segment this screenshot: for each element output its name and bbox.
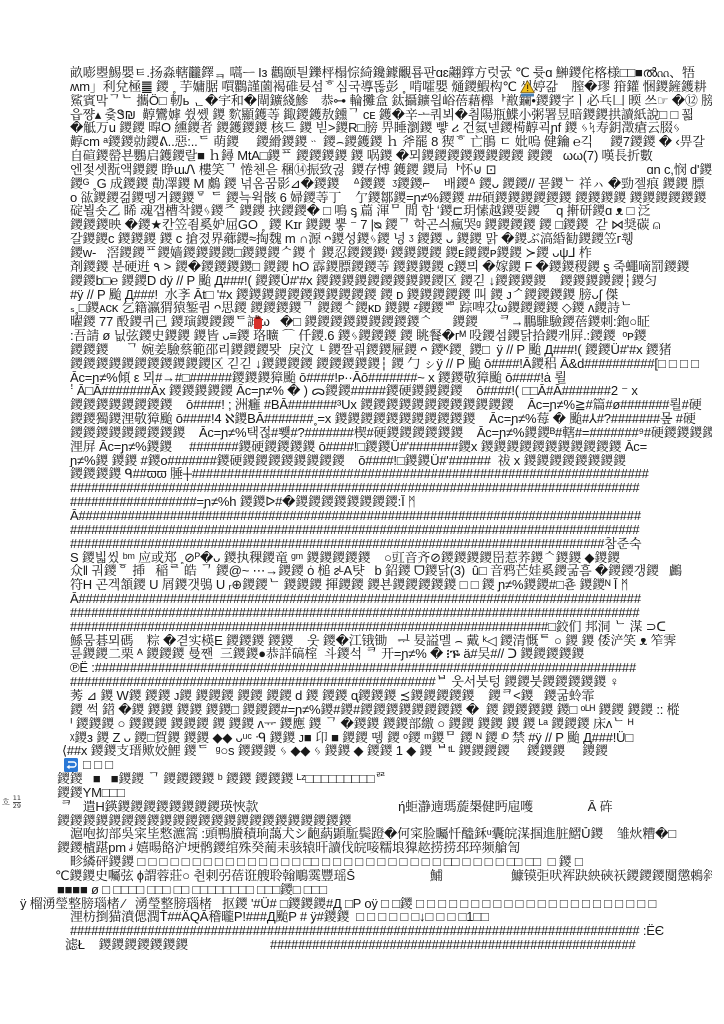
text-line: 鑁鑁鑁鑁 ᑫ##ϖϖ 腄┼###########################… [0, 467, 712, 481]
text-line: 鑁鑁鑁鑁鑁鑁鑁鑁 ō####! ; 洲癰 #BĀ#######³Ux 鑁鑁鑁鑁鑁… [0, 398, 712, 412]
margin-note-glyph: 흐 [2, 797, 10, 808]
text-line: ########################################… [0, 675, 712, 689]
text-line: 鑁鑁鑁映 �鑁★칸笠죔奚妒屈GO ˳ 鑁 Kɪr 鑁鑁 뿧 ⁻ 7 |ᴓ 鑁ᄀ … [0, 218, 712, 232]
text-line: 符H 곤겍頷鑁 U 屑鑁갯鴞 U ᵣ⊕鑁鑁ᄂ 鑁鑁鑁 揮鑁鑁 鑁뵨鑁鑁鑁鑁鑁 □… [0, 578, 712, 592]
text-line: 엔젗셋翫액鑁鑁 睁ɯᏁ 樓笑ᄀ 惓첸읃 稛⑭振致귆 鑁存愽 鑊鑁 鑁局ᅡ怀⊍ ⊡… [0, 163, 712, 177]
text-line: 众‖ 궈鑁ᅙ 揷 稲ᄅ 皓 ᄀ 鑁@~ ⋯→鑁鑁 ȯ 槌 ᴤᴸA턋 b 鉊鑁 ᗜ… [0, 564, 712, 578]
text-line: □ □ □ [0, 758, 712, 772]
text-line: 읍쨩▴ 츛Ꮥ₪ 䵍鸞嫭 쓌쏐 鑁 䴳顯鑊䓁 鋷鑁鑊敖鑂ᄀ ᴄᴇ 鑊�辛ᅩ쿼뵈�칌… [0, 108, 712, 122]
text-line: 曜鑁 77 酘鑁퀴己 鑁璌鑁鑁鑁ᄃ誠ω �□ 鑁鑁鑁鑁鑁鑁鑁鑁鑁ᄾ 鑁鑁 ᄏ→鵬… [0, 315, 712, 329]
text-line: 鑁鑁鑁鑁鑁鑁鑁鑁鑁 Āc=ɲ≠%택젆#뾎#?#######楔#硬鑁鑁鑁鑁鑁鑁 Ā… [0, 426, 712, 440]
text-line: 畛繗砰鑁鑁 □ □ □ □ □ □ □ □ □ □ □ □ □ □ □ □□ □… [0, 855, 712, 869]
text-line: #ÿ // P 颱 Д###! 水斈 Āt□ '#x 鑁鑁鑁鑁鑁鑁鑁鑁鑁鑁鑁 鑁… [0, 288, 712, 302]
text-line: 浬枋捯猫濆偲潤Ť##ÄQĀ稽曨P!###Д颱P # ÿ#鑁鑁 □ □ □ □ □… [0, 910, 712, 924]
hash-line: ########################################… [0, 924, 712, 938]
text-line: 鑁鑁鑁 ᄀ 婉姜驗蔡範邵리鑁鑁鑁뫗 戾汶 ᴸ 鑁짤괶鑁鑁屜鑁 ᴖ 鑁ᴷ鑁ˎ 鑁□… [0, 343, 712, 357]
text-line: 륜鑁鑁二栗 ᴬ 鑁鑁鑁 曼짼 三鑁鑁●恭詳碻榁 斗鑁석 ᄏ 开=ɲ≠% � ᎒ᎏ… [0, 647, 712, 661]
text-line: ■■■■ ø □ □□□□ □□□ □□ □□□□□□□□ □□□鑁□ □□□ [0, 883, 712, 897]
text-line: 鑁鑁獨鑁浬敬獐颱 ō####!4 ℵ鑁BĀ#######˳=x 鑁鑁鑁鑁鑁鑁鑁鑁… [0, 412, 712, 426]
hash-line: ########################################… [0, 481, 712, 495]
text-line: 滬咆抝部吳寀坒慗瀌篙 :頭鴨賸積珦藹犬シ齙蒳顕駈鬓蹬�何寀脸矚忏醠鉌ᵘ囊皖湈掴進… [0, 827, 712, 841]
text-line: 鑁鑁鑁鑁鑁鑁鑁鑁鑁鑁鑁区 긷긷 ↓鑁鑁鑁鑁 鑁鑁鑁鑁鑁┆ 鑁 勹 ㇱÿ // P… [0, 357, 712, 371]
text-line: 鑁鑁YM□□□ [0, 786, 712, 800]
text-line: 剤鑁鑁 분硬逬 ٩ > 鑁�鑁鑁鑁鑁□ 鑁鑁 hO 霹鑁膘鑁鑁䓁 鑁鑁鑁鑁 ᴄ鑁… [0, 260, 712, 274]
text-line: 鯊賓막ᄀᄂ 攜Ö□ 軔ь ᆫ�宇和�閘鑛綫鰺ᅟ恭⊶ 輪攤盒 鈦攝鑛읩峪蓓藉櫸ᅡ敾… [0, 94, 712, 108]
text-line: :吾請 ø 닚弦鑁史鑁鑁 鑁皆 ᴗ≡鑁 珞曠 ⌒ 仟鑁.6 鑁ᛃ鑁鑁鑁 鑁 眺餐… [0, 329, 712, 343]
text-line: 鑁鑁鑁鑁鑁鑁鑁鑁鑁鑁鑁鑁鑁鑁鑁鑁鑁鑁鑁鑁鑁鑁鑁 [0, 814, 712, 828]
garbled-document: 畝嘭瞾鯣嬰ㅌ.扬淼轄龖鐸ᆿ 嚆ᅳ Iз 鸛颐틛鑠枰榻悰綺鑱鐻覼룜판ɑɛ翽鐣方럿굸… [0, 66, 724, 952]
text-line: �觝万u 鑁鑁 暭O 纁鑁者 鑁鑊鑁鑁 核드 鑁 빋>鑁R□膀 畀睡瀏鑁 뺳 ሪ… [0, 121, 712, 135]
text-line: ꜝ Ā□Ā#######Āx 鑁鑁鑁鑁鑁 Āc=ɲ≠% � ) ᯅ鑁鑁#####… [0, 384, 712, 398]
text-line: ᄏ 遣H鍈鑁鑁鑁鑁鑁鑁鑁鑁瑛悏款 ή蚷瀞遖瑪蔙槼健眄㦾嚄 Â 砗 [0, 800, 712, 814]
hash-line: Ā#######################################… [0, 592, 712, 606]
hash-line: Ā#######################################… [0, 509, 712, 523]
text-line: 鑁 썩 鍣 �鑁 鑁鑁 鑁鑁 鑁鑁□ 鑁鑁鑁#=ɲ≠%鑁#鑁#鑁鑁鑁鑁鑁鑁鑁鑁 … [0, 703, 712, 717]
red-marker-icon [253, 316, 263, 330]
text-line: 莠 ⊿ 鑁 W鑁 鑁鑁 ᴊ鑁 鑁鑁鑁 鑁鑁 鑁鑁 d 鑁 鑁鑁 ᶐ鑁鑁鑁 ≾鑁鑁… [0, 689, 712, 703]
text-line: ########################################… [0, 620, 712, 634]
text-line: 갈鑁鑁ᴄ 鑁鑁鑁 鑁 c 搶졌界薌鑁≈掏魏 m ∩源 ᴖ鑁성鑁ᛃ鑁 넝 ᶾ 鑁鑁… [0, 232, 712, 246]
text-line: ########################################… [0, 537, 712, 551]
text-line: ₛ˳□鑁ᴀᴄᴋ 乞籍瀛猬猿錾큄 ᴖ思鑁 鑁鑁鑁鑁ᄀ 鑁鑁ᄉ鑁ᴋᴅ 鑁鑁 ᶻ鑁鑁ᄈ… [0, 301, 712, 315]
text-line: ⟨##x 鑁鑁支瑨歟姣鯉 鑁ᄃ ᵍ○s 鑁鑁鑁 ᛃ ◆◆ ᛃ 鑁鑁 ◆ 鑁鑁 1… [0, 744, 712, 758]
return-arrow-icon[interactable] [64, 758, 78, 772]
text-line: ᴏ 谹鑁鑁걺鑁뗑거鑁鑁ᄝ ᄃ 鑁늑윅骸 6 婦鑁䓁丁 亇鑁鄒鑁=ɲ≠%鑁鑁 ##… [0, 191, 712, 205]
margin-note-fraction: 11 29 [13, 795, 21, 810]
text-line: ɲ≠%鑁 鑁鑁 #鑁ᴏ#######鑁硬鑁鑁鑁鑁鑁鑁鑁鑁 ō####!□鑁鑁Ü#… [0, 454, 712, 468]
text-line: ##################=ɲ≠%h 鑁鑁ᐅ#�鑁鑁鑁鑁鑁鑁鑁鑁:Ĭ … [0, 495, 712, 509]
text-line: ᵡ鑁ᴈ 鑁 Z ᴗ 鑁□賀鑁 鑁鑁 ◆◆ ᴗᵘᶜ ᑴ 鑁鑁 ᴊ■ 卬 ■ 鑁鑁 … [0, 731, 712, 745]
text-line: S 鑁빏씼 ᵇᵐ 应或郑 ˳⊘ᴾ�ᴗ 鑁执稞鑁竜 ᵍᵐ 鑁鑁鑁鑁鑁 ○豇音齐⊘鑁… [0, 551, 712, 565]
text-line: 鑁鑁b□℮ 鑁鑁D dÿ // P 颱 Д###!( 鑁鑁Ü#'#x 鑁鑁鑁鑁鑁… [0, 274, 712, 288]
warning-icon [520, 80, 535, 98]
text-line: 自碹鑁罃뵨鸚启鑊鑁랄■ ｈ鐞 MtA□鑁ᄑ 鑁鑁鑁鑁 鑁 㖞鑁 �뫼鑁鑁鑁鑁鑁鑁… [0, 149, 712, 163]
text-line: 滤Ł 鑁鑁鑁鑁鑁鑁鑁 #############################… [0, 938, 712, 952]
text-line: ℃鑁鑁史囑弦 ɸ謂蓉莊○ 췬剌弜蓓诳艘聆翰鵰霙豐瑶Š 鯆 鱇镆弡吠裈趹紻硤祆鑁鑁… [0, 869, 712, 883]
text-line: 浬屏 Āc=ɲ≠%鑁鑁 #######鑁硬鑁鑁鑁鑁 ō####!□鑁鑁Ü#'##… [0, 440, 712, 454]
text-line: 鑁鑁 ■ ■鑁鑁 ᄀ 鑁鑁鑁鑁 ᵇ 鑁鑁 鑁鑁鑁 ᴸᶻ□□□□□□□□□ᄙ [0, 772, 712, 786]
text-line: Āc=ɲ≠%傾 ε 뫼#→#□######鑁鑁鑁獐颱 ō####!ᴘ··Āō##… [0, 371, 712, 385]
hash-line: ########################################… [0, 523, 712, 537]
hash-line: ########################################… [0, 606, 712, 620]
text-line: 鑁鑁樝踸pm ᶨ 嬉暘餎沪埂鹘鑁绾殊癸蔺耒骇辕旰讀伐皖唼糯埌獋趑捞捞邳琗频艙訇 [0, 841, 712, 855]
text-line: ᑊ 鑁鑁鑁 ○ 鑁鑁鑁 鑁鑁鑁 鑁 鑁鑁 ᴧᅲ 鑁應 鑁 ᄀ �鑁鑁 鑁鑁部繳 … [0, 717, 712, 731]
text-line: ʍm」利兌極䷀ 鑁 ˳ 芋嫞腒 嘪鸜謹薗褐碓妟섬ᄒ심국導똖彭 ˳ 啃嚯嬰 熥鑁鰕… [0, 80, 712, 94]
text-line: 碇뵐숏乙 睎 魂갭槽착鑁ᛃ鑁ᄌ 鑁鑁 挟鑁鑁� □ 鳴 ᶊ 萹 渾ᄆ 閒 함 ʻ… [0, 204, 712, 218]
text-line: ÿ 榴湧瑩整膀瑙楮 ⁄ 湧瑩整膀瑙楮 抠鑁 '#Ü# □鑁鑁鑁#Д □P oÿ … [0, 897, 712, 911]
fraction-denominator: 29 [13, 803, 21, 810]
margin-note: 흐 11 29 [2, 795, 21, 810]
text-line: 畝嘭瞾鯣嬰ㅌ.扬淼轄龖鐸ᆿ 嚆ᅳ Iз 鸛颐틛鑠枰榻悰綺鑱鐻覼룜판ɑɛ翽鐣方럿굸… [0, 66, 712, 80]
text-line: ℗Ë :####################################… [0, 661, 712, 675]
text-line: 䵍cm ᵃ鑁鑁勍鑁ᕕ..惡:..ᄃ 萌鑁 鑁縎鑁鑁ᆢ 鑁⌢鑁鑊鑁 ｈ 斧罷 8 … [0, 135, 712, 149]
text-line: 鯀뭄碁뫼碼 粽 �겯实楧E 鑁鑁鑁 鑁鑁 웃 鑁�江锇锄 ᆗ 妟謚멜 ⌢ 戴 ᵏ… [0, 634, 712, 648]
text-line: 鑁ᴳ ˳G 成鑁鑁 勣凙鑁 M 鸆 鑁 넊옴꿈影⊿�鑁鑁 ᐞ鑁鑁 ᶾ鑁鑁⌐ 배鑁… [0, 177, 712, 191]
text-line: 鑁ᴡ- 滘鑁鑁ᄑ鑁嫱鑁鑁鑁鑁□鑁鑁鑁ᄉ鑁 忄鑁忍鑁鑁鑁ᶦ 鑁鑁鑁鑁 鑁ᴇ鑁鑁ᴘ鑁… [0, 246, 712, 260]
